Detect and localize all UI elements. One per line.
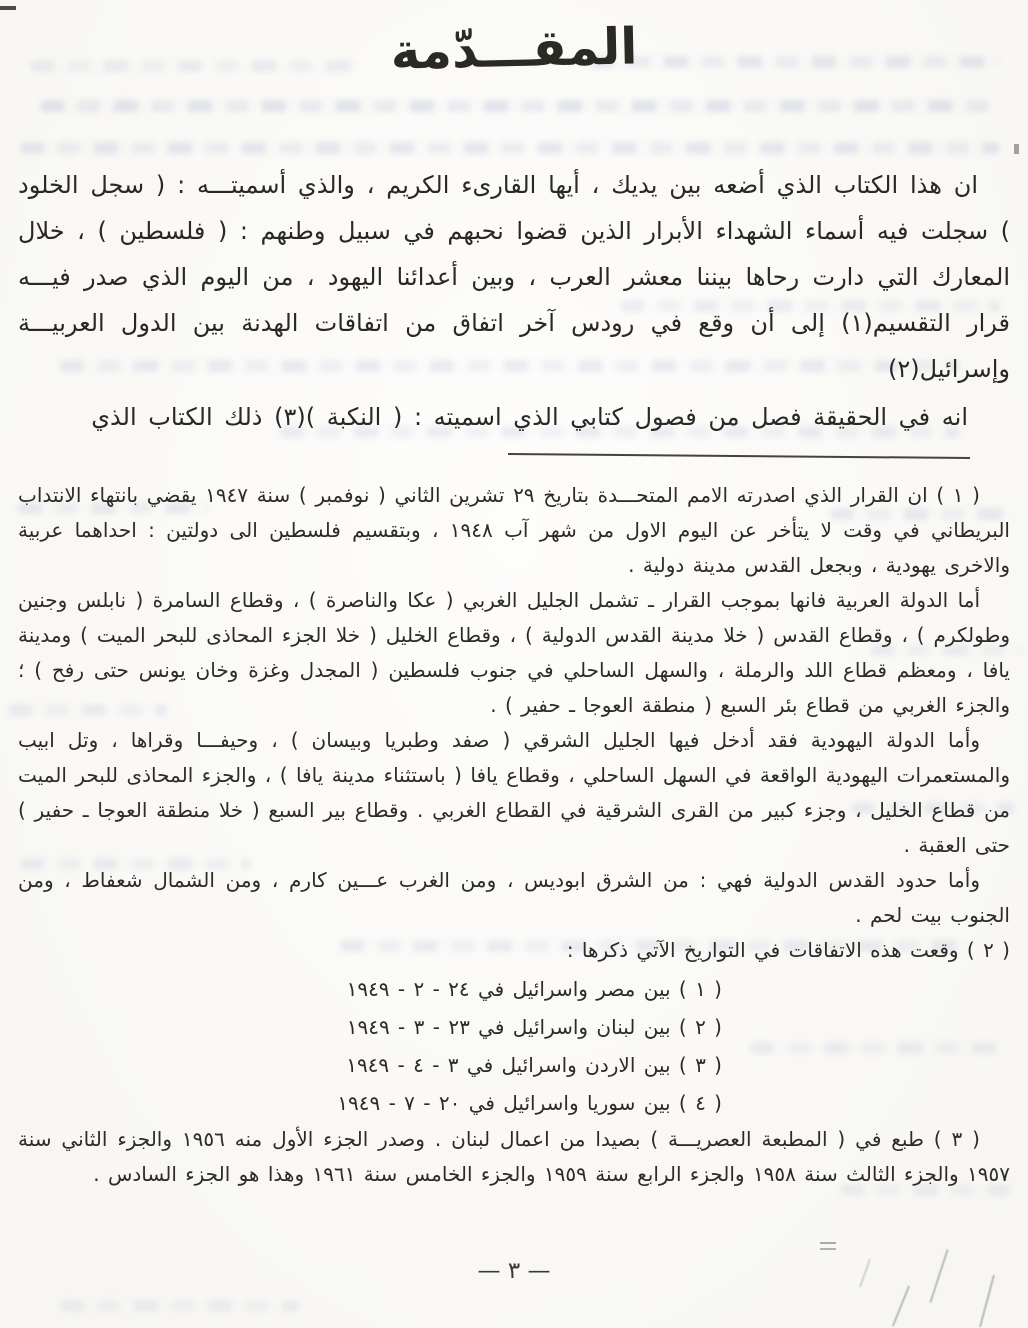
pen-equals-mark xyxy=(820,1242,836,1250)
page-number: — ٣ — xyxy=(0,1258,1028,1284)
bleedthrough-mark xyxy=(40,100,990,112)
armistice-date-syria: ( ٤ ) بين سوريا واسرائيل في ٢٠ - ٧ - ١٩٤… xyxy=(18,1084,1010,1122)
intro-paragraph-1: ان هذا الكتاب الذي أضعه بين يديك ، أيها … xyxy=(18,162,1010,392)
scan-edge-mark xyxy=(1014,144,1019,154)
footnotes-section: ( ١ ) ان القرار الذي اصدرته الامم المتحـ… xyxy=(18,478,1010,1192)
armistice-date-egypt: ( ١ ) بين مصر واسرائيل في ٢٤ - ٢ - ١٩٤٩ xyxy=(18,970,1010,1008)
scanned-book-page: المقـــدّمة ان هذا الكتاب الذي أضعه بين … xyxy=(0,0,1028,1328)
scan-edge-mark xyxy=(0,6,16,10)
bleedthrough-mark xyxy=(20,142,1000,154)
bleedthrough-mark xyxy=(60,1300,300,1312)
footnote-1-arab-state: أما الدولة العربية فانها بموجب القرار ـ … xyxy=(18,583,1010,723)
page-title: المقـــدّمة xyxy=(0,9,1028,89)
armistice-date-jordan: ( ٣ ) بين الاردن واسرائيل في ٣ - ٤ - ١٩٤… xyxy=(18,1046,1010,1084)
footnote-1-jerusalem-borders: وأما حدود القدس الدولية فهي : من الشرق ا… xyxy=(18,863,1010,933)
armistice-date-list: ( ١ ) بين مصر واسرائيل في ٢٤ - ٢ - ١٩٤٩ … xyxy=(18,970,1010,1122)
intro-paragraph-2: انه في الحقيقة فصل من فصول كتابي الذي اس… xyxy=(18,394,1010,440)
armistice-date-lebanon: ( ٢ ) بين لبنان واسرائيل في ٢٣ - ٣ - ١٩٤… xyxy=(18,1008,1010,1046)
footnote-1-partition-resolution: ( ١ ) ان القرار الذي اصدرته الامم المتحـ… xyxy=(18,478,1010,583)
pen-stroke-mark xyxy=(892,1285,910,1327)
footnote-divider xyxy=(508,453,970,459)
footnote-1-jewish-state: وأما الدولة اليهودية فقد أدخل فيها الجلي… xyxy=(18,723,1010,863)
footnote-3-print-editions: ( ٣ ) طبع في ( المطبعة العصريـــة ) بصيد… xyxy=(18,1122,1010,1192)
footnote-2-armistice-intro: ( ٢ ) وقعت هذه الاتفاقات في التواريخ الآ… xyxy=(18,933,1010,968)
